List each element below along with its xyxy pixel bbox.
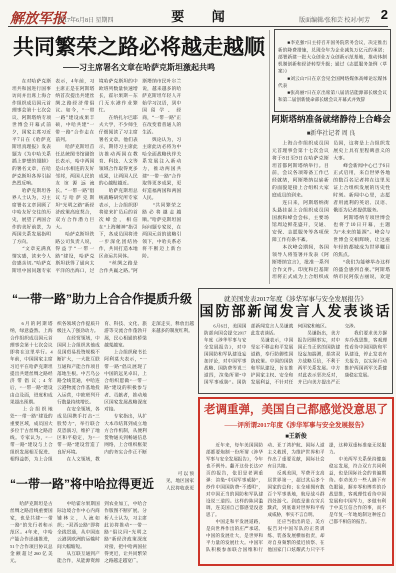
main-subtitle: ——习主席署名文章在哈萨克斯坦激起共鸣 <box>10 63 268 72</box>
column-divider <box>269 30 270 284</box>
main-headline: 共同繁荣之路必将越走越顺 <box>10 36 268 60</box>
header-rule <box>8 26 388 27</box>
beltroad-headline: “一带一路”助力上合合作提质升级 <box>10 293 194 307</box>
commentary-subtitle: ——评所谓2017年度《涉华军事与安全发展报告》 <box>200 420 392 429</box>
astana-headline: 阿斯塔纳准备就绪静待上合峰会 <box>271 115 391 125</box>
brief-item-1: ■李克强7日主持召开国务院常务会议，决定推出新的降费措施，兑现全年为企业减负万亿… <box>278 40 387 74</box>
mod-kicker: 就美国发表2017年度《涉华军事与安全发展报告》 <box>199 294 392 303</box>
newspaper-page: 解放军报 2017年6月8日 星期四 要 闻 版面编辑/张和芸 校对/何芳 2 … <box>0 0 396 573</box>
commentary-box: 老调重弹，美国自己都感觉没意思了 ——评所谓2017年度《涉华军事与安全发展报告… <box>198 397 394 566</box>
main-article-body: 在对哈萨克斯坦共和国进行国事访问并出席上海合作组织成员国元首理事会第十七次会议、… <box>12 78 268 280</box>
beltroad-sub-headline: “一带一路”将中哈拉得更近 <box>10 478 164 492</box>
commentary-byline: ■王新俊 <box>200 431 392 440</box>
page-number: 2 <box>381 8 388 23</box>
brief-item-2: ■刘云山7日在京会见全国网络媒体高峰论坛媒体代表 <box>278 76 387 88</box>
commentary-body: 近年来，每年美国国防部都要炮制一份所谓《涉华军事与安全发展报告》，今年也不例外。… <box>206 442 386 557</box>
commentary-headline: 老调重弹，美国自己都感觉没意思了 <box>200 404 392 417</box>
astana-byline: ■新华社记者 周 良 <box>271 128 391 137</box>
mod-headline: 国防部新闻发言人发表谈话 <box>199 303 392 319</box>
mod-body: 6月6日，美国国防部向国会提交2017年度《涉华军事与安全发展报告》，对中国国防… <box>204 323 387 389</box>
beltroad-body: 6月的阿斯塔纳，绿意盎然。上海合作组织成员国元首理事会第十七次会议即将在这里举行… <box>10 320 194 468</box>
header-editors: 版面编辑/张和芸 校对/何芳 <box>299 15 370 24</box>
astana-body: 上海合作组织成员国元首理事会第十七次会议将于8日至9日在哈萨克斯坦首都阿斯塔纳举… <box>272 140 390 283</box>
news-brief-box: ■李克强7日主持召开国务院常务会议，决定推出新的降费措施，兑现全年为企业减负万亿… <box>274 29 391 112</box>
beltroad-body2: 哈萨克斯坦是古丝绸之路沿线重要国家，也是共建“一带一路”的先行者和示范区。4年来… <box>10 500 194 566</box>
beltroad-side-note: 可以预见，地区国家人民将收获更多实实在在的获得感。 <box>166 470 194 498</box>
mod-statement-box: 就美国发表2017年度《涉华军事与安全发展报告》 国防部新闻发言人发表谈话 6月… <box>198 288 393 394</box>
brief-item-3: ■张高丽7日在京出席第八届清洁能源部长级会议和第二届创新使命部长级会议开幕式并致… <box>278 90 387 102</box>
